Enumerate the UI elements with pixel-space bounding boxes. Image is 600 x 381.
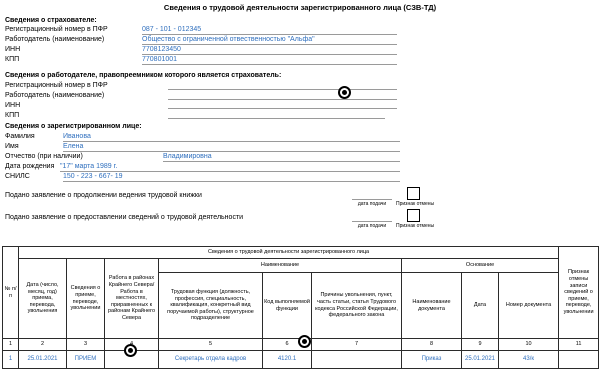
colnum-3: 3	[67, 339, 105, 351]
cell-function[interactable]: Секретарь отдела кадров	[159, 351, 263, 369]
statement-info-cancel-caption: Признак отмены	[396, 223, 434, 229]
insurer-inn-label: ИНН	[5, 46, 20, 54]
predecessor-regnum-label: Регистрационный номер в ПФР	[5, 82, 108, 90]
cell-cancel[interactable]	[559, 351, 599, 369]
cell-docname[interactable]: Приказ	[402, 351, 462, 369]
statement-info-label: Подано заявление о предоставлении сведен…	[5, 214, 243, 222]
birthdate-field[interactable]: "17" марта 1989 г.	[60, 162, 400, 172]
insurer-kpp-field[interactable]: 770801001	[142, 55, 397, 65]
predecessor-kpp-field[interactable]	[168, 109, 385, 119]
col-docdate-header: Дата	[462, 273, 499, 339]
statement-book-date-field[interactable]	[352, 191, 392, 200]
page-title: Сведения о трудовой деятельности зарегис…	[0, 3, 600, 12]
snils-label: СНИЛС	[5, 173, 30, 181]
name-group-header: Наименование	[159, 259, 402, 273]
insurer-heading: Сведения о страхователе:	[5, 17, 97, 25]
table-row: 1 25.01.2021 ПРИЕМ Секретарь отдела кадр…	[3, 351, 599, 369]
click-target-icon	[124, 344, 137, 357]
cell-docnum[interactable]: 43/к	[499, 351, 559, 369]
insurer-inn-field[interactable]: 7708123450	[142, 45, 397, 55]
predecessor-inn-field[interactable]	[168, 99, 397, 109]
predecessor-kpp-label: КПП	[5, 112, 19, 120]
col-event-header: Сведения о приеме, переводе, увольнении	[67, 259, 105, 339]
insurer-employer-field[interactable]: Общество с ограниченной отвественностью …	[142, 35, 397, 45]
colnum-10: 10	[499, 339, 559, 351]
insurer-regnum-field[interactable]: 087 - 101 - 012345	[142, 25, 397, 35]
colnum-2: 2	[19, 339, 67, 351]
cell-code[interactable]: 4120.1	[263, 351, 312, 369]
insurer-employer-label: Работодатель (наименование)	[5, 36, 104, 44]
person-heading: Сведения о зарегистрированном лице:	[5, 123, 142, 131]
predecessor-heading: Сведения о работодателе, правопреемником…	[5, 72, 281, 80]
colnum-11: 11	[559, 339, 599, 351]
colnum-8: 8	[402, 339, 462, 351]
cell-event[interactable]: ПРИЕМ	[67, 351, 105, 369]
snils-field[interactable]: 150 - 223 - 667- 19	[63, 172, 400, 182]
col-date-header: Дата (число, месяц, год) приема, перевод…	[19, 259, 67, 339]
col-code-header: Код выполняемой функции	[263, 273, 312, 339]
basis-group-header: Основание	[402, 259, 559, 273]
col-docnum-header: Номер документа	[499, 273, 559, 339]
cell-docdate[interactable]: 25.01.2021	[462, 351, 499, 369]
patronymic-label: Отчество (при наличии)	[5, 153, 83, 161]
colnum-7: 7	[312, 339, 402, 351]
col-number-header: № п/п	[3, 247, 19, 339]
cell-number[interactable]: 1	[3, 351, 19, 369]
statement-info-date-field[interactable]	[352, 213, 392, 222]
col-function-header: Трудовая функция (должность, профессия, …	[159, 273, 263, 339]
surname-label: Фамилия	[5, 133, 35, 141]
colnum-5: 5	[159, 339, 263, 351]
activity-table: № п/п Сведения о трудовой деятельности з…	[2, 246, 599, 369]
birthdate-label: Дата рождения	[5, 163, 54, 171]
col-north-header: Работа в районах Крайнего Севера/Работа …	[105, 259, 159, 339]
cell-date[interactable]: 25.01.2021	[19, 351, 67, 369]
statement-info-cancel-checkbox[interactable]	[407, 209, 420, 222]
insurer-kpp-label: КПП	[5, 56, 19, 64]
click-target-icon	[338, 86, 351, 99]
firstname-field[interactable]: Елена	[63, 142, 400, 152]
predecessor-regnum-field[interactable]	[168, 80, 397, 90]
statement-book-cancel-caption: Признак отмены	[396, 201, 434, 207]
szv-td-form: Сведения о трудовой деятельности зарегис…	[0, 0, 600, 381]
col-cancel-header: Признак отмены записи сведений о приеме,…	[559, 247, 599, 339]
table-group-header: Сведения о трудовой деятельности зарегис…	[19, 247, 559, 259]
surname-field[interactable]: Иванова	[63, 132, 400, 142]
col-docname-header: Наименование документа	[402, 273, 462, 339]
predecessor-employer-label: Работодатель (наименование)	[5, 92, 104, 100]
statement-book-date-caption: дата подачи	[349, 201, 395, 207]
col-dismissal-header: Причины увольнения, пункт, часть статьи,…	[312, 273, 402, 339]
statement-info-date-caption: дата подачи	[349, 223, 395, 229]
insurer-regnum-label: Регистрационный номер в ПФР	[5, 26, 108, 34]
statement-book-cancel-checkbox[interactable]	[407, 187, 420, 200]
colnum-1: 1	[3, 339, 19, 351]
cell-dismissal[interactable]	[312, 351, 402, 369]
firstname-label: Имя	[5, 143, 19, 151]
patronymic-field[interactable]: Владимировна	[163, 152, 400, 162]
predecessor-inn-label: ИНН	[5, 102, 20, 110]
statement-book-label: Подано заявление о продолжении ведения т…	[5, 192, 202, 200]
colnum-9: 9	[462, 339, 499, 351]
click-target-icon	[298, 335, 311, 348]
